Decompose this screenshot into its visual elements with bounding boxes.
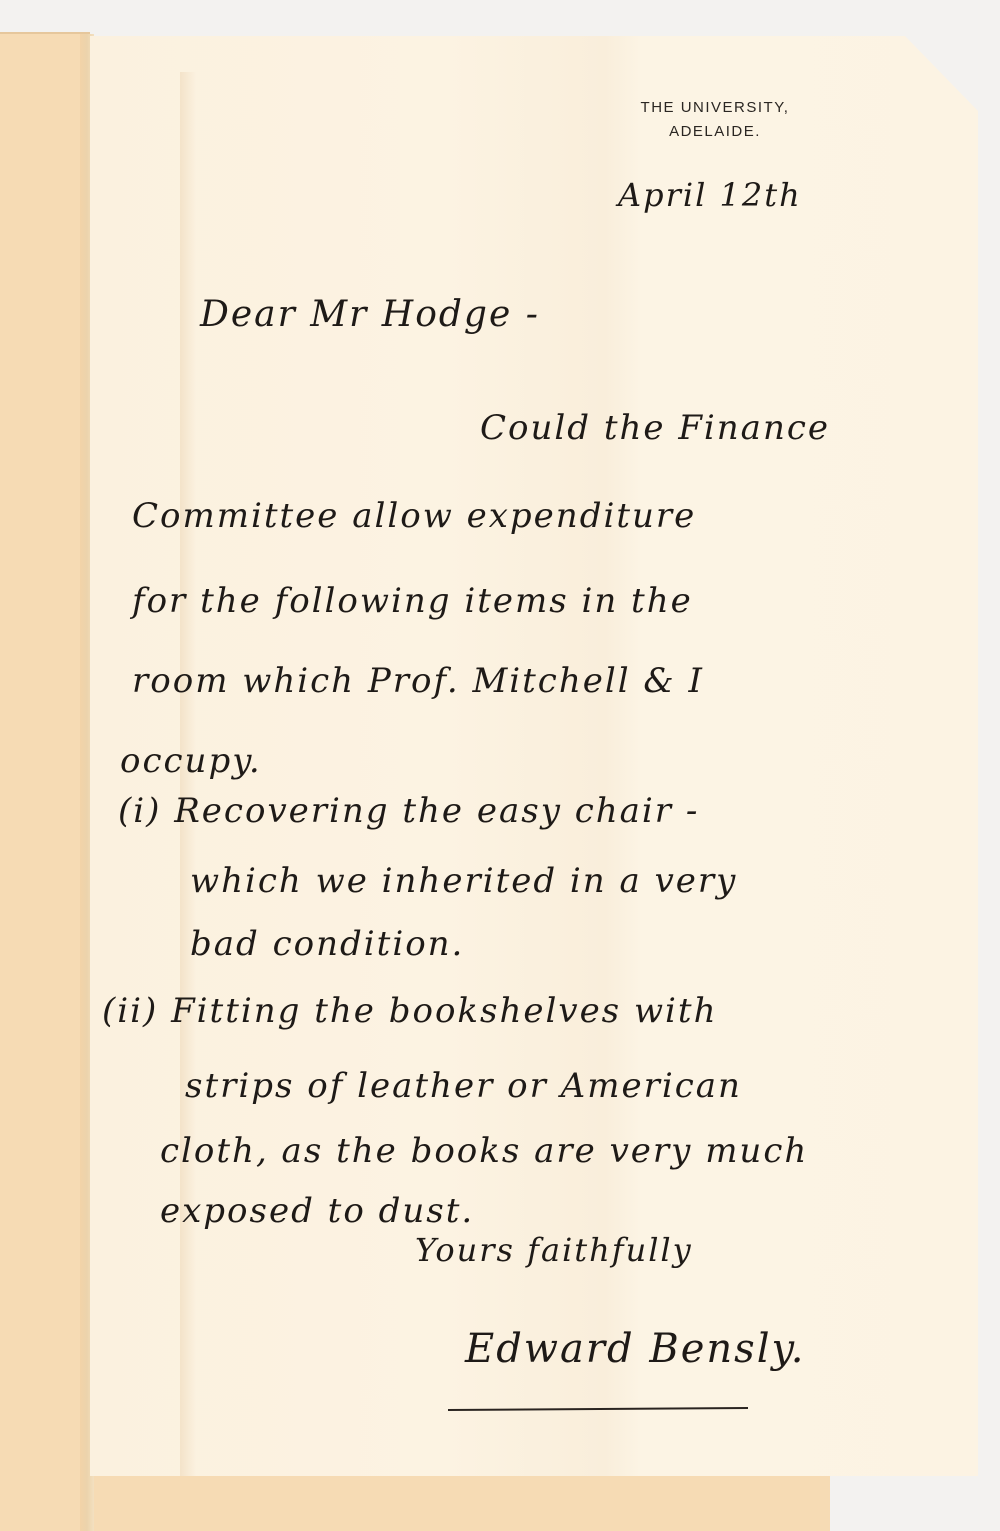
body-line: occupy. bbox=[120, 741, 262, 781]
letterhead-line-1: THE UNIVERSITY, bbox=[610, 96, 820, 120]
signature-underline bbox=[448, 1407, 748, 1411]
body-line: room which Prof. Mitchell & I bbox=[132, 661, 704, 701]
letter-date: April 12th bbox=[618, 176, 802, 214]
body-line: which we inherited in a very bbox=[190, 861, 737, 901]
signature: Edward Bensly. bbox=[465, 1326, 805, 1372]
body-line: Could the Finance bbox=[480, 408, 830, 448]
body-line: cloth, as the books are very much bbox=[160, 1131, 808, 1171]
back-sheet bbox=[0, 32, 90, 1531]
list-item-i: (i) Recovering the easy chair - bbox=[118, 791, 699, 831]
list-item-ii: (ii) Fitting the bookshelves with bbox=[102, 991, 717, 1031]
salutation: Dear Mr Hodge - bbox=[200, 294, 540, 335]
body-line: strips of leather or American bbox=[185, 1066, 742, 1106]
body-line: exposed to dust. bbox=[160, 1191, 474, 1231]
lower-sheet bbox=[0, 1475, 830, 1531]
letter-page: THE UNIVERSITY, ADELAIDE. April 12th Dea… bbox=[90, 36, 978, 1476]
letterhead-line-2: ADELAIDE. bbox=[610, 120, 820, 144]
letterhead: THE UNIVERSITY, ADELAIDE. bbox=[610, 96, 820, 144]
body-line: for the following items in the bbox=[132, 581, 693, 621]
body-line: bad condition. bbox=[190, 924, 464, 964]
body-line: Committee allow expenditure bbox=[132, 496, 696, 536]
closing: Yours faithfully bbox=[415, 1231, 693, 1269]
